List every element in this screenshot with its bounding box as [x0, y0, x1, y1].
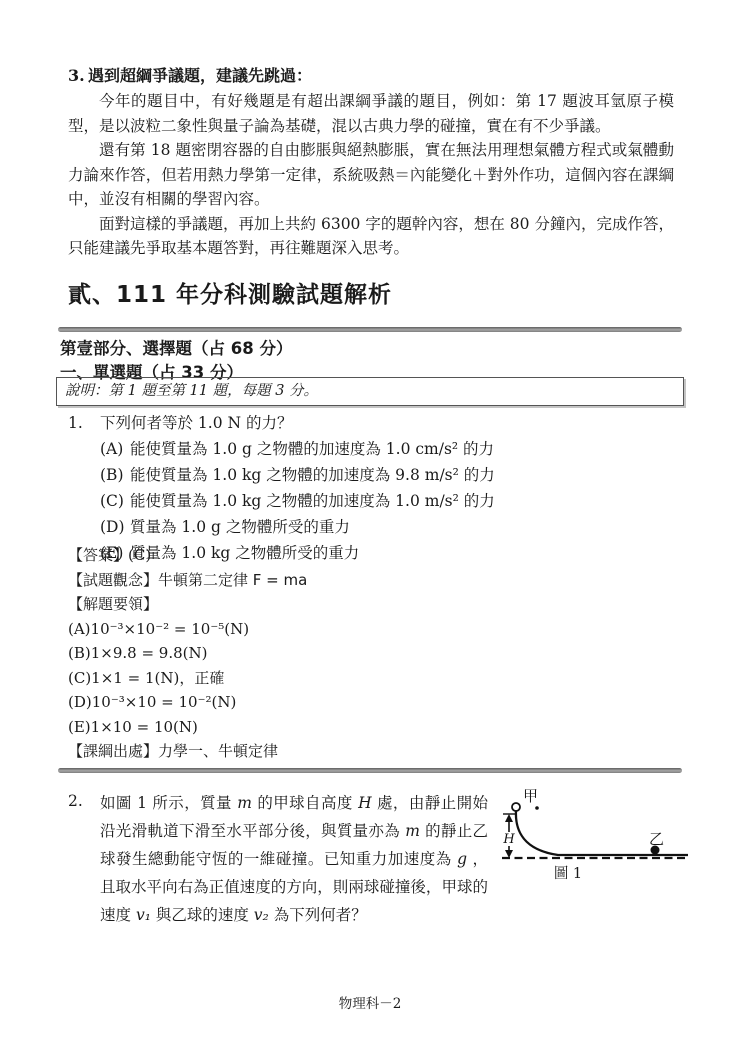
- solution-heading: 【解題要領】: [68, 592, 674, 617]
- option-d-text: 質量為 1.0 g 之物體所受的重力: [130, 518, 350, 536]
- solution-step-c: (C)1×1 = 1(N)，正確: [68, 666, 674, 691]
- tip-paragraph: 還有第 18 題密閉容器的自由膨脹與絕熱膨脹，實在無法用理想氣體方程式或氣體動力…: [68, 138, 674, 212]
- tips-section: 3.遇到超綱爭議題，建議先跳過： 今年的題目中，有好幾題是有超出課綱爭議的題目，…: [68, 63, 674, 261]
- ball-a-label: 甲: [523, 787, 538, 805]
- instruction-text: 說明：第 1 題至第 11 題，每題 3 分。: [65, 383, 318, 399]
- curriculum-value: 力學一、牛頓定律: [158, 742, 278, 760]
- question-1-number: 1.: [68, 411, 100, 436]
- question-2-stem-row: 2. 如圖 1 所示，質量 m 的甲球自高度 H 處，由靜止開始沿光滑軌道下滑至…: [68, 789, 488, 929]
- small-dot-icon: [535, 806, 539, 810]
- tip-paragraph: 面對這樣的爭議題，再加上共約 6300 字的題幹內容，想在 80 分鐘內，完成作…: [68, 212, 674, 261]
- option-a-label: (A): [100, 436, 130, 462]
- concept-line: 【試題觀念】牛頓第二定律 F = ma: [68, 568, 674, 593]
- concept-label: 【試題觀念】: [68, 571, 158, 589]
- ball-b-icon: [651, 846, 660, 855]
- answer-line: 【答案】(C): [68, 543, 674, 568]
- curriculum-line: 【課綱出處】力學一、牛頓定律: [68, 739, 674, 764]
- document-page: 3.遇到超綱爭議題，建議先跳過： 今年的題目中，有好幾題是有超出課綱爭議的題目，…: [0, 0, 740, 1046]
- ramp-diagram: 甲 H 乙: [502, 786, 690, 864]
- tip-number: 3.: [68, 63, 88, 89]
- option-c: (C)能使質量為 1.0 kg 之物體的加速度為 1.0 m/s² 的力: [100, 488, 674, 514]
- solution-step-a: (A)10⁻³×10⁻² = 10⁻⁵(N): [68, 617, 674, 642]
- height-label: H: [502, 832, 515, 847]
- page-footer: 物理科－2: [0, 992, 740, 1012]
- ball-a-icon: [512, 803, 520, 811]
- option-d: (D)質量為 1.0 g 之物體所受的重力: [100, 514, 674, 540]
- horizontal-rule: [58, 768, 682, 773]
- concept-value: 牛頓第二定律 F = ma: [158, 571, 307, 589]
- question-2-number: 2.: [68, 789, 100, 929]
- solution-step-e: (E)1×10 = 10(N): [68, 715, 674, 740]
- section-heading: 貳、111 年分科測驗試題解析: [68, 276, 392, 309]
- option-c-text: 能使質量為 1.0 kg 之物體的加速度為 1.0 m/s² 的力: [130, 492, 495, 510]
- figure-1: 甲 H 乙: [502, 786, 690, 868]
- option-a-text: 能使質量為 1.0 g 之物體的加速度為 1.0 cm/s² 的力: [130, 440, 494, 458]
- question-1-stem: 下列何者等於 1.0 N 的力？: [100, 411, 293, 436]
- curriculum-label: 【課綱出處】: [68, 742, 158, 760]
- question-2: 2. 如圖 1 所示，質量 m 的甲球自高度 H 處，由靜止開始沿光滑軌道下滑至…: [68, 789, 488, 929]
- option-a: (A)能使質量為 1.0 g 之物體的加速度為 1.0 cm/s² 的力: [100, 436, 674, 462]
- arrow-down-icon: [505, 850, 513, 858]
- question-1-stem-row: 1. 下列何者等於 1.0 N 的力？: [68, 411, 674, 436]
- tip-paragraph: 今年的題目中，有好幾題是有超出課綱爭議的題目，例如：第 17 題波耳氫原子模型，…: [68, 89, 674, 138]
- option-b-label: (B): [100, 462, 130, 488]
- tip-title: 3.遇到超綱爭議題，建議先跳過：: [68, 63, 674, 89]
- figure-1-caption: 圖 1: [502, 862, 634, 883]
- option-c-label: (C): [100, 488, 130, 514]
- horizontal-rule: [58, 327, 682, 332]
- option-d-label: (D): [100, 514, 130, 540]
- part-heading: 第壹部分、選擇題（占 68 分）: [60, 335, 292, 359]
- ball-b-label: 乙: [649, 830, 664, 848]
- answer-block: 【答案】(C) 【試題觀念】牛頓第二定律 F = ma 【解題要領】 (A)10…: [68, 543, 674, 764]
- instruction-box: 說明：第 1 題至第 11 題，每題 3 分。: [56, 377, 684, 406]
- tip-title-text: 遇到超綱爭議題，建議先跳過：: [88, 66, 312, 85]
- answer-label: 【答案】: [68, 546, 128, 564]
- option-b-text: 能使質量為 1.0 kg 之物體的加速度為 9.8 m/s² 的力: [130, 466, 495, 484]
- question-2-stem: 如圖 1 所示，質量 m 的甲球自高度 H 處，由靜止開始沿光滑軌道下滑至水平部…: [100, 789, 488, 929]
- solution-step-d: (D)10⁻³×10 = 10⁻²(N): [68, 690, 674, 715]
- solution-step-b: (B)1×9.8 = 9.8(N): [68, 641, 674, 666]
- answer-value: (C): [128, 546, 151, 564]
- option-b: (B)能使質量為 1.0 kg 之物體的加速度為 9.8 m/s² 的力: [100, 462, 674, 488]
